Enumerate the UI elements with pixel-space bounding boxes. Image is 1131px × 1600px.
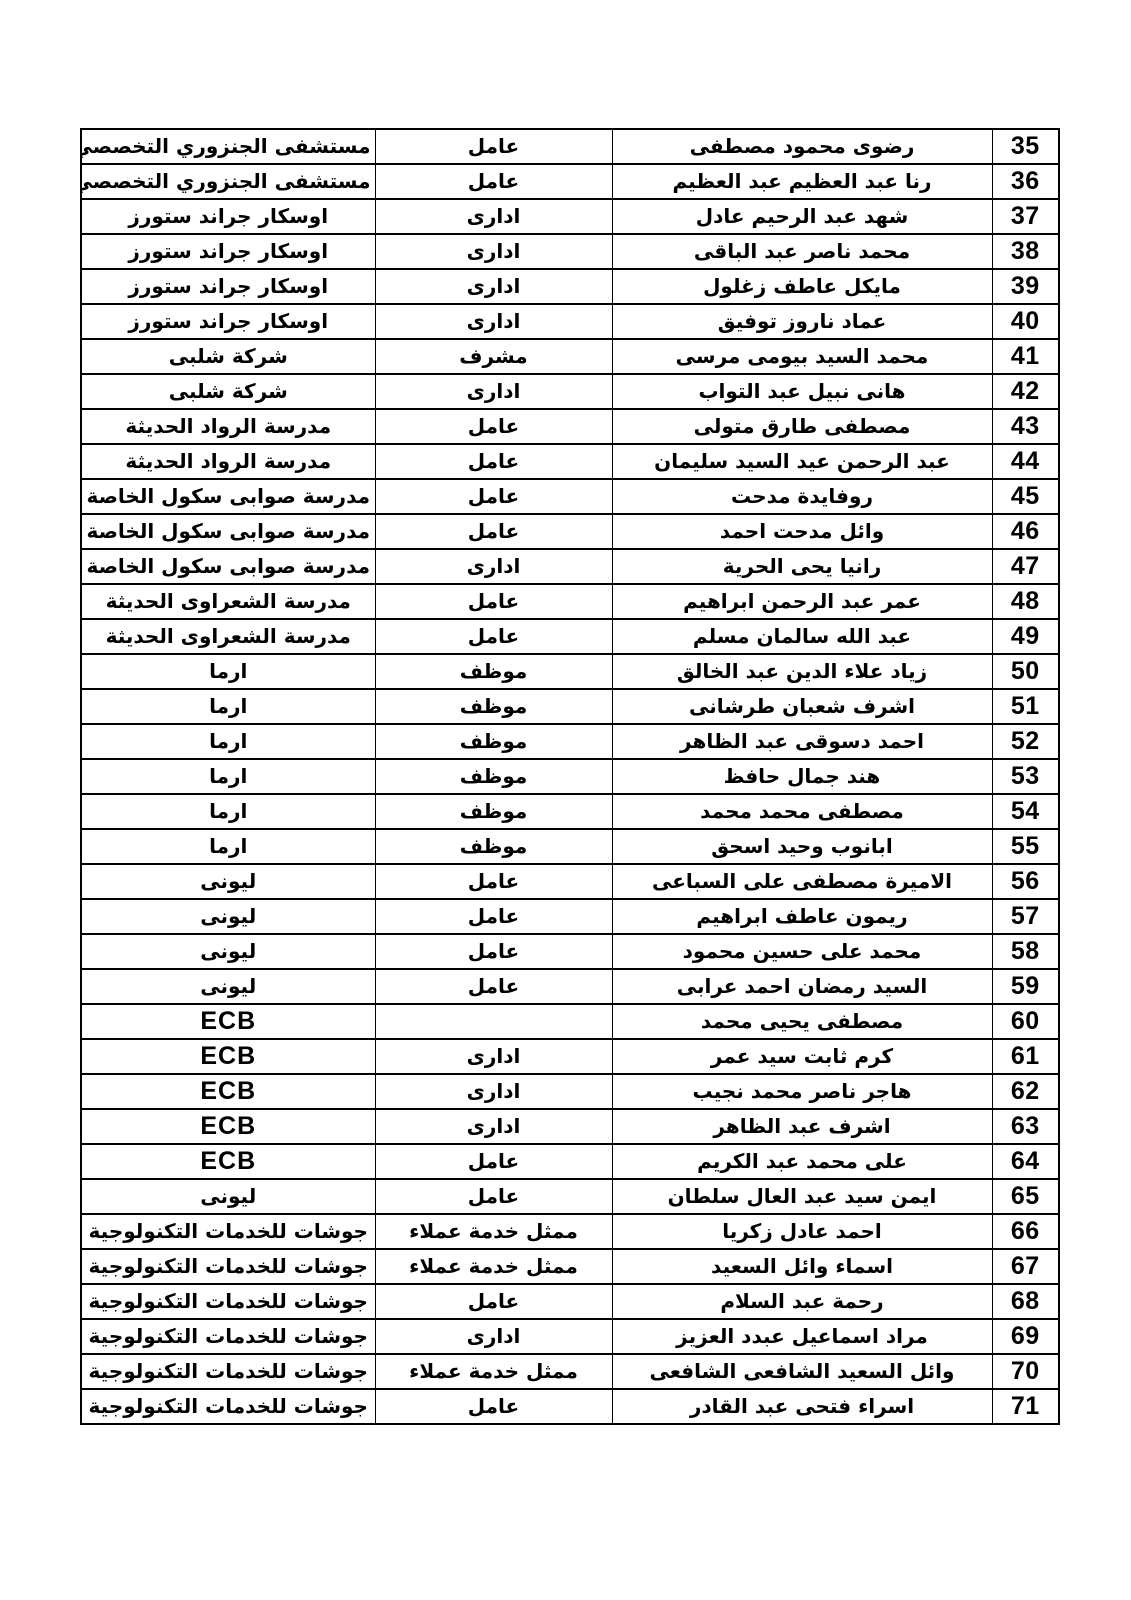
workplace-cell: مدرسة صوابى سكول الخاصة (81, 514, 375, 549)
serial-number-cell: 39 (992, 269, 1059, 304)
serial-number-cell: 52 (992, 724, 1059, 759)
job-role-cell (375, 1004, 612, 1039)
table-row: 54مصطفى محمد محمدموظفارما (81, 794, 1059, 829)
table-row: 37شهد عبد الرحيم عادلادارىاوسكار جراند س… (81, 199, 1059, 234)
employee-name-cell: وائل السعيد الشافعى الشافعى (612, 1354, 992, 1389)
job-role-cell: ادارى (375, 1039, 612, 1074)
workplace-cell: جوشات للخدمات التكنولوجية (81, 1319, 375, 1354)
employee-name-cell: السيد رمضان احمد عرابى (612, 969, 992, 1004)
employee-name-cell: احمد عادل زكريا (612, 1214, 992, 1249)
serial-number-cell: 70 (992, 1354, 1059, 1389)
table-row: 38محمد ناصر عبد الباقىادارىاوسكار جراند … (81, 234, 1059, 269)
serial-number-cell: 65 (992, 1179, 1059, 1214)
job-role-cell: موظف (375, 759, 612, 794)
workplace-cell: مدرسة الشعراوى الحديثة (81, 619, 375, 654)
employee-name-cell: روفايدة مدحت (612, 479, 992, 514)
employee-name-cell: شهد عبد الرحيم عادل (612, 199, 992, 234)
serial-number-cell: 66 (992, 1214, 1059, 1249)
job-role-cell: ادارى (375, 549, 612, 584)
employee-name-cell: عمر عبد الرحمن ابراهيم (612, 584, 992, 619)
serial-number-cell: 42 (992, 374, 1059, 409)
table-row: 66احمد عادل زكرياممثل خدمة عملاءجوشات لل… (81, 1214, 1059, 1249)
workplace-cell: ECB (81, 1004, 375, 1039)
serial-number-cell: 35 (992, 129, 1059, 164)
table-body: 35رضوى محمود مصطفىعاملمستشفى الجنزوري ال… (81, 129, 1059, 1424)
table-row: 60مصطفى يحيى محمدECB (81, 1004, 1059, 1039)
job-role-cell: عامل (375, 1144, 612, 1179)
workplace-cell: جوشات للخدمات التكنولوجية (81, 1354, 375, 1389)
job-role-cell: مشرف (375, 339, 612, 374)
job-role-cell: عامل (375, 164, 612, 199)
table-row: 39مايكل عاطف زغلولادارىاوسكار جراند ستور… (81, 269, 1059, 304)
table-row: 41محمد السيد بيومى مرسىمشرفشركة شلبى (81, 339, 1059, 374)
job-role-cell: عامل (375, 934, 612, 969)
workplace-cell: مستشفى الجنزوري التخصصي (81, 129, 375, 164)
serial-number-cell: 37 (992, 199, 1059, 234)
serial-number-cell: 58 (992, 934, 1059, 969)
workplace-cell: ECB (81, 1074, 375, 1109)
workplace-cell: ليونى (81, 864, 375, 899)
table-row: 40عماد ناروز توفيقادارىاوسكار جراند ستور… (81, 304, 1059, 339)
job-role-cell: عامل (375, 1179, 612, 1214)
workplace-cell: شركة شلبى (81, 339, 375, 374)
employee-name-cell: كرم ثابت سيد عمر (612, 1039, 992, 1074)
serial-number-cell: 67 (992, 1249, 1059, 1284)
table-row: 62هاجر ناصر محمد نجيبادارىECB (81, 1074, 1059, 1109)
serial-number-cell: 68 (992, 1284, 1059, 1319)
employee-name-cell: رضوى محمود مصطفى (612, 129, 992, 164)
employee-name-cell: الاميرة مصطفى على السباعى (612, 864, 992, 899)
workplace-cell: مدرسة الرواد الحديثة (81, 409, 375, 444)
job-role-cell: عامل (375, 129, 612, 164)
workplace-cell: ECB (81, 1109, 375, 1144)
workplace-cell: ارما (81, 654, 375, 689)
table-row: 56الاميرة مصطفى على السباعىعاملليونى (81, 864, 1059, 899)
employee-name-cell: ايمن سيد عبد العال سلطان (612, 1179, 992, 1214)
employee-name-cell: عبد الرحمن عيد السيد سليمان (612, 444, 992, 479)
serial-number-cell: 69 (992, 1319, 1059, 1354)
table-row: 35رضوى محمود مصطفىعاملمستشفى الجنزوري ال… (81, 129, 1059, 164)
job-role-cell: ادارى (375, 269, 612, 304)
table-row: 42هانى نبيل عبد التوابادارىشركة شلبى (81, 374, 1059, 409)
table-row: 36رنا عبد العظيم عبد العظيمعاملمستشفى ال… (81, 164, 1059, 199)
serial-number-cell: 57 (992, 899, 1059, 934)
workplace-cell: ليونى (81, 969, 375, 1004)
serial-number-cell: 47 (992, 549, 1059, 584)
employee-name-cell: وائل مدحت احمد (612, 514, 992, 549)
roster-table-container: 35رضوى محمود مصطفىعاملمستشفى الجنزوري ال… (80, 128, 1060, 1425)
table-row: 63اشرف عبد الظاهرادارىECB (81, 1109, 1059, 1144)
workplace-cell: ارما (81, 794, 375, 829)
employee-name-cell: مصطفى يحيى محمد (612, 1004, 992, 1039)
serial-number-cell: 56 (992, 864, 1059, 899)
table-row: 47رانيا يحى الحريةادارىمدرسة صوابى سكول … (81, 549, 1059, 584)
employee-name-cell: هاجر ناصر محمد نجيب (612, 1074, 992, 1109)
serial-number-cell: 54 (992, 794, 1059, 829)
serial-number-cell: 64 (992, 1144, 1059, 1179)
table-row: 50زياد علاء الدين عبد الخالقموظفارما (81, 654, 1059, 689)
workplace-cell: اوسكار جراند ستورز (81, 269, 375, 304)
job-role-cell: عامل (375, 1389, 612, 1424)
table-row: 49عبد الله سالمان مسلمعاملمدرسة الشعراوى… (81, 619, 1059, 654)
employee-name-cell: زياد علاء الدين عبد الخالق (612, 654, 992, 689)
employee-name-cell: مراد اسماعيل عبدد العزيز (612, 1319, 992, 1354)
table-row: 53هند جمال حافظموظفارما (81, 759, 1059, 794)
table-row: 69مراد اسماعيل عبدد العزيزادارىجوشات للخ… (81, 1319, 1059, 1354)
job-role-cell: عامل (375, 584, 612, 619)
employee-name-cell: هند جمال حافظ (612, 759, 992, 794)
employee-name-cell: رحمة عبد السلام (612, 1284, 992, 1319)
employee-name-cell: ابانوب وحيد اسحق (612, 829, 992, 864)
workplace-cell: جوشات للخدمات التكنولوجية (81, 1389, 375, 1424)
serial-number-cell: 48 (992, 584, 1059, 619)
table-row: 58محمد على حسين محمودعاملليونى (81, 934, 1059, 969)
table-row: 44عبد الرحمن عيد السيد سليمانعاملمدرسة ا… (81, 444, 1059, 479)
serial-number-cell: 55 (992, 829, 1059, 864)
employee-name-cell: مصطفى طارق متولى (612, 409, 992, 444)
job-role-cell: ممثل خدمة عملاء (375, 1214, 612, 1249)
employee-name-cell: اشرف شعبان طرشانى (612, 689, 992, 724)
employee-name-cell: محمد على حسين محمود (612, 934, 992, 969)
serial-number-cell: 40 (992, 304, 1059, 339)
job-role-cell: ممثل خدمة عملاء (375, 1249, 612, 1284)
employee-name-cell: رنا عبد العظيم عبد العظيم (612, 164, 992, 199)
serial-number-cell: 62 (992, 1074, 1059, 1109)
employee-name-cell: رانيا يحى الحرية (612, 549, 992, 584)
table-row: 64على محمد عبد الكريمعاملECB (81, 1144, 1059, 1179)
serial-number-cell: 61 (992, 1039, 1059, 1074)
job-role-cell: عامل (375, 864, 612, 899)
workplace-cell: اوسكار جراند ستورز (81, 234, 375, 269)
job-role-cell: موظف (375, 689, 612, 724)
employee-name-cell: مايكل عاطف زغلول (612, 269, 992, 304)
workplace-cell: اوسكار جراند ستورز (81, 304, 375, 339)
table-row: 52احمد دسوقى عبد الظاهرموظفارما (81, 724, 1059, 759)
employee-name-cell: اسراء فتحى عبد القادر (612, 1389, 992, 1424)
serial-number-cell: 60 (992, 1004, 1059, 1039)
workplace-cell: شركة شلبى (81, 374, 375, 409)
job-role-cell: موظف (375, 794, 612, 829)
workplace-cell: مستشفى الجنزوري التخصصي (81, 164, 375, 199)
workplace-cell: ارما (81, 829, 375, 864)
job-role-cell: موظف (375, 829, 612, 864)
employee-name-cell: مصطفى محمد محمد (612, 794, 992, 829)
job-role-cell: ممثل خدمة عملاء (375, 1354, 612, 1389)
employee-name-cell: محمد ناصر عبد الباقى (612, 234, 992, 269)
employee-name-cell: اسماء وائل السعيد (612, 1249, 992, 1284)
table-row: 48عمر عبد الرحمن ابراهيمعاملمدرسة الشعرا… (81, 584, 1059, 619)
employee-roster-table: 35رضوى محمود مصطفىعاملمستشفى الجنزوري ال… (80, 128, 1060, 1425)
job-role-cell: عامل (375, 1284, 612, 1319)
job-role-cell: عامل (375, 444, 612, 479)
serial-number-cell: 44 (992, 444, 1059, 479)
workplace-cell: ECB (81, 1039, 375, 1074)
table-row: 65ايمن سيد عبد العال سلطانعاملليونى (81, 1179, 1059, 1214)
table-row: 59السيد رمضان احمد عرابىعاملليونى (81, 969, 1059, 1004)
serial-number-cell: 36 (992, 164, 1059, 199)
serial-number-cell: 45 (992, 479, 1059, 514)
serial-number-cell: 49 (992, 619, 1059, 654)
employee-name-cell: محمد السيد بيومى مرسى (612, 339, 992, 374)
job-role-cell: ادارى (375, 234, 612, 269)
table-row: 67اسماء وائل السعيدممثل خدمة عملاءجوشات … (81, 1249, 1059, 1284)
serial-number-cell: 51 (992, 689, 1059, 724)
serial-number-cell: 43 (992, 409, 1059, 444)
job-role-cell: ادارى (375, 1319, 612, 1354)
employee-name-cell: على محمد عبد الكريم (612, 1144, 992, 1179)
workplace-cell: ليونى (81, 1179, 375, 1214)
job-role-cell: عامل (375, 409, 612, 444)
job-role-cell: عامل (375, 969, 612, 1004)
workplace-cell: ارما (81, 759, 375, 794)
workplace-cell: مدرسة صوابى سكول الخاصة (81, 549, 375, 584)
job-role-cell: موظف (375, 654, 612, 689)
table-row: 46وائل مدحت احمدعاملمدرسة صوابى سكول الخ… (81, 514, 1059, 549)
job-role-cell: ادارى (375, 304, 612, 339)
serial-number-cell: 46 (992, 514, 1059, 549)
serial-number-cell: 59 (992, 969, 1059, 1004)
workplace-cell: مدرسة صوابى سكول الخاصة (81, 479, 375, 514)
serial-number-cell: 50 (992, 654, 1059, 689)
serial-number-cell: 41 (992, 339, 1059, 374)
employee-name-cell: اشرف عبد الظاهر (612, 1109, 992, 1144)
employee-name-cell: ريمون عاطف ابراهيم (612, 899, 992, 934)
employee-name-cell: احمد دسوقى عبد الظاهر (612, 724, 992, 759)
workplace-cell: جوشات للخدمات التكنولوجية (81, 1249, 375, 1284)
workplace-cell: ارما (81, 724, 375, 759)
job-role-cell: عامل (375, 479, 612, 514)
job-role-cell: ادارى (375, 199, 612, 234)
job-role-cell: عامل (375, 514, 612, 549)
document-page: 35رضوى محمود مصطفىعاملمستشفى الجنزوري ال… (0, 0, 1131, 1600)
job-role-cell: عامل (375, 899, 612, 934)
table-row: 51اشرف شعبان طرشانىموظفارما (81, 689, 1059, 724)
serial-number-cell: 63 (992, 1109, 1059, 1144)
table-row: 55ابانوب وحيد اسحقموظفارما (81, 829, 1059, 864)
table-row: 71اسراء فتحى عبد القادرعاملجوشات للخدمات… (81, 1389, 1059, 1424)
employee-name-cell: هانى نبيل عبد التواب (612, 374, 992, 409)
job-role-cell: ادارى (375, 1074, 612, 1109)
serial-number-cell: 71 (992, 1389, 1059, 1424)
serial-number-cell: 53 (992, 759, 1059, 794)
serial-number-cell: 38 (992, 234, 1059, 269)
workplace-cell: ECB (81, 1144, 375, 1179)
employee-name-cell: عماد ناروز توفيق (612, 304, 992, 339)
workplace-cell: مدرسة الرواد الحديثة (81, 444, 375, 479)
workplace-cell: ليونى (81, 934, 375, 969)
job-role-cell: ادارى (375, 1109, 612, 1144)
workplace-cell: اوسكار جراند ستورز (81, 199, 375, 234)
job-role-cell: موظف (375, 724, 612, 759)
workplace-cell: ليونى (81, 899, 375, 934)
employee-name-cell: عبد الله سالمان مسلم (612, 619, 992, 654)
workplace-cell: ارما (81, 689, 375, 724)
table-row: 57ريمون عاطف ابراهيمعاملليونى (81, 899, 1059, 934)
job-role-cell: ادارى (375, 374, 612, 409)
workplace-cell: جوشات للخدمات التكنولوجية (81, 1284, 375, 1319)
table-row: 43مصطفى طارق متولىعاملمدرسة الرواد الحدي… (81, 409, 1059, 444)
table-row: 45روفايدة مدحتعاملمدرسة صوابى سكول الخاص… (81, 479, 1059, 514)
table-row: 68رحمة عبد السلامعاملجوشات للخدمات التكن… (81, 1284, 1059, 1319)
workplace-cell: جوشات للخدمات التكنولوجية (81, 1214, 375, 1249)
workplace-cell: مدرسة الشعراوى الحديثة (81, 584, 375, 619)
table-row: 61كرم ثابت سيد عمرادارىECB (81, 1039, 1059, 1074)
table-row: 70وائل السعيد الشافعى الشافعىممثل خدمة ع… (81, 1354, 1059, 1389)
job-role-cell: عامل (375, 619, 612, 654)
